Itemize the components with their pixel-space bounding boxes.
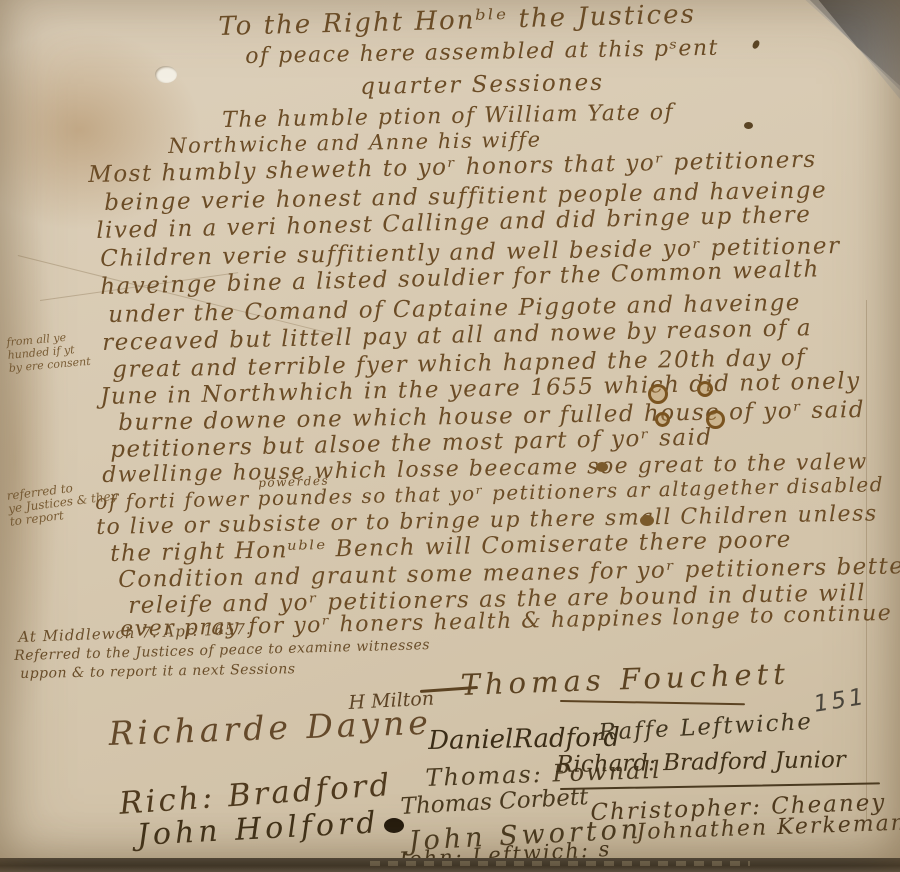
title-line-1: The humble ption of William Yate of — [222, 100, 674, 133]
signature-raffe-leftwiche: Raffe Leftwiche — [598, 709, 814, 746]
ink-blot — [697, 381, 713, 397]
ink-speck — [744, 122, 753, 129]
ink-blot — [640, 515, 654, 526]
paper-hole — [155, 66, 177, 83]
cut-corner-backing — [790, 0, 900, 110]
margin-note-fire: from all ye hunded if yt by ere consent — [6, 329, 91, 375]
interlinear-insertion: powerdes — [258, 474, 329, 490]
header-line-3: quarter Sessiones — [360, 70, 604, 100]
ink-blot — [648, 384, 668, 404]
ink-speck — [751, 39, 761, 50]
signature-richard-dayne: Richarde Dayne — [108, 703, 432, 753]
ink-blot — [384, 818, 404, 833]
archival-page-number: 151 — [812, 684, 868, 718]
underlying-page-text — [370, 861, 750, 866]
header-line-2: of peace here assembled at this pˢent — [245, 36, 719, 69]
ink-blot — [655, 412, 670, 427]
signature-thomas-fouchett: Thomas Fouchett — [460, 657, 790, 702]
ink-blot — [596, 462, 608, 472]
endorsement-line: uppon & to report it a next Sessions — [20, 661, 296, 682]
manuscript-page: To the Right Honᵇˡᵉ the Justices of peac… — [0, 0, 900, 872]
pen-stroke — [560, 700, 745, 705]
header-line-1: To the Right Honᵇˡᵉ the Justices — [218, 0, 696, 42]
ink-blot — [706, 410, 725, 429]
signature-richard-bradford-junior: Richard: Bradford Junior — [556, 747, 846, 778]
